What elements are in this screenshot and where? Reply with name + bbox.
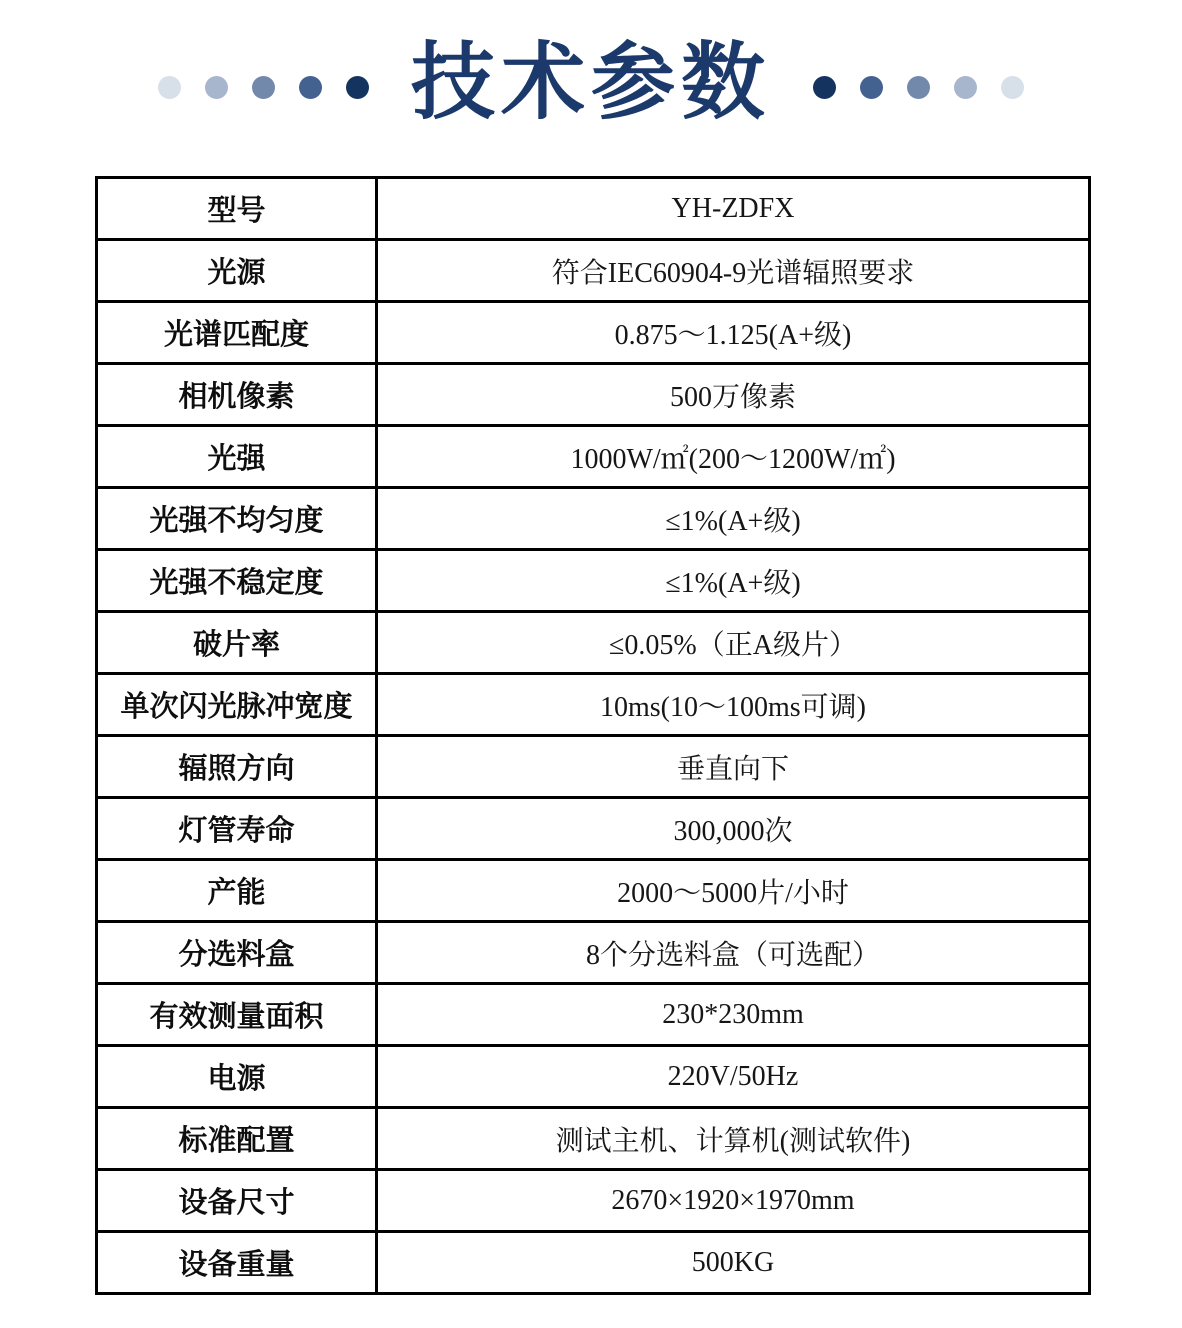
- table-row: 分选料盒8个分选料盒（可选配）: [97, 922, 1090, 984]
- spec-label-cell: 光强: [97, 426, 377, 488]
- header: 技术参数: [0, 0, 1182, 146]
- spec-label-cell: 辐照方向: [97, 736, 377, 798]
- spec-label-cell: 有效测量面积: [97, 984, 377, 1046]
- decorative-dot: [299, 76, 322, 99]
- spec-value-cell: 300,000次: [377, 798, 1090, 860]
- spec-value-cell: 230*230mm: [377, 984, 1090, 1046]
- spec-value-cell: 10ms(10～100ms可调): [377, 674, 1090, 736]
- spec-label-cell: 分选料盒: [97, 922, 377, 984]
- decorative-dot: [252, 76, 275, 99]
- spec-value-cell: 0.875～1.125(A+级): [377, 302, 1090, 364]
- spec-value-cell: 220V/50Hz: [377, 1046, 1090, 1108]
- decorative-dot: [813, 76, 836, 99]
- spec-label-cell: 设备尺寸: [97, 1170, 377, 1232]
- table-row: 有效测量面积230*230mm: [97, 984, 1090, 1046]
- spec-label-cell: 光谱匹配度: [97, 302, 377, 364]
- spec-label-cell: 灯管寿命: [97, 798, 377, 860]
- table-row: 电源220V/50Hz: [97, 1046, 1090, 1108]
- spec-label-cell: 设备重量: [97, 1232, 377, 1294]
- spec-label-cell: 型号: [97, 178, 377, 240]
- decorative-dot: [954, 76, 977, 99]
- table-row: 产能2000～5000片/小时: [97, 860, 1090, 922]
- spec-label-cell: 相机像素: [97, 364, 377, 426]
- table-row: 辐照方向垂直向下: [97, 736, 1090, 798]
- decorative-dot: [907, 76, 930, 99]
- spec-value-cell: YH-ZDFX: [377, 178, 1090, 240]
- spec-label-cell: 光源: [97, 240, 377, 302]
- spec-value-cell: 测试主机、计算机(测试软件): [377, 1108, 1090, 1170]
- spec-value-cell: 500万像素: [377, 364, 1090, 426]
- spec-label-cell: 产能: [97, 860, 377, 922]
- spec-value-cell: ≤1%(A+级): [377, 550, 1090, 612]
- decorative-dot: [1001, 76, 1024, 99]
- table-row: 光强不稳定度≤1%(A+级): [97, 550, 1090, 612]
- table-row: 光源符合IEC60904-9光谱辐照要求: [97, 240, 1090, 302]
- spec-table-body: 型号YH-ZDFX光源符合IEC60904-9光谱辐照要求光谱匹配度0.875～…: [97, 178, 1090, 1294]
- spec-value-cell: 2000～5000片/小时: [377, 860, 1090, 922]
- decorative-dot: [205, 76, 228, 99]
- spec-value-cell: 1000W/㎡(200～1200W/㎡): [377, 426, 1090, 488]
- spec-label-cell: 光强不均匀度: [97, 488, 377, 550]
- title-dots-left: [158, 76, 369, 99]
- decorative-dot: [860, 76, 883, 99]
- table-row: 型号YH-ZDFX: [97, 178, 1090, 240]
- decorative-dot: [346, 76, 369, 99]
- table-row: 灯管寿命300,000次: [97, 798, 1090, 860]
- spec-label-cell: 光强不稳定度: [97, 550, 377, 612]
- spec-value-cell: ≤0.05%（正A级片）: [377, 612, 1090, 674]
- table-row: 单次闪光脉冲宽度10ms(10～100ms可调): [97, 674, 1090, 736]
- spec-value-cell: 符合IEC60904-9光谱辐照要求: [377, 240, 1090, 302]
- spec-value-cell: 2670×1920×1970mm: [377, 1170, 1090, 1232]
- table-row: 光谱匹配度0.875～1.125(A+级): [97, 302, 1090, 364]
- spec-value-cell: 垂直向下: [377, 736, 1090, 798]
- table-row: 光强不均匀度≤1%(A+级): [97, 488, 1090, 550]
- spec-value-cell: 500KG: [377, 1232, 1090, 1294]
- table-row: 标准配置测试主机、计算机(测试软件): [97, 1108, 1090, 1170]
- table-row: 光强1000W/㎡(200～1200W/㎡): [97, 426, 1090, 488]
- page-title: 技术参数: [411, 40, 771, 124]
- table-row: 设备重量500KG: [97, 1232, 1090, 1294]
- decorative-dot: [158, 76, 181, 99]
- title-dots-right: [813, 76, 1024, 99]
- spec-value-cell: ≤1%(A+级): [377, 488, 1090, 550]
- spec-table: 型号YH-ZDFX光源符合IEC60904-9光谱辐照要求光谱匹配度0.875～…: [95, 176, 1091, 1295]
- spec-label-cell: 电源: [97, 1046, 377, 1108]
- spec-label-cell: 破片率: [97, 612, 377, 674]
- table-row: 设备尺寸2670×1920×1970mm: [97, 1170, 1090, 1232]
- spec-label-cell: 单次闪光脉冲宽度: [97, 674, 377, 736]
- table-row: 破片率≤0.05%（正A级片）: [97, 612, 1090, 674]
- spec-value-cell: 8个分选料盒（可选配）: [377, 922, 1090, 984]
- spec-label-cell: 标准配置: [97, 1108, 377, 1170]
- table-row: 相机像素500万像素: [97, 364, 1090, 426]
